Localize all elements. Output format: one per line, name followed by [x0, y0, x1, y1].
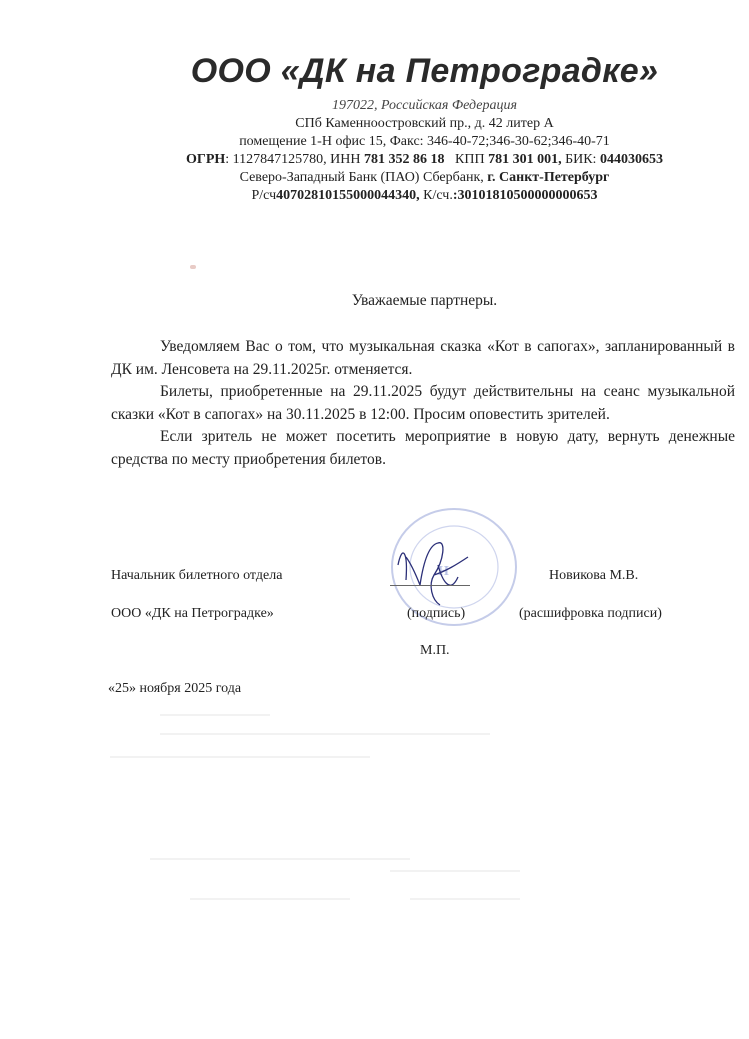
name-caption: (расшифровка подписи): [519, 606, 662, 622]
letter-body: Уведомляем Вас о том, что музыкальная ск…: [111, 336, 735, 471]
salutation: Уважаемые партнеры.: [0, 292, 749, 310]
account-label: Р/сч: [251, 188, 276, 203]
account-value: 40702810155000044340,: [276, 188, 423, 203]
ogrn-label: ОГРН: [186, 152, 225, 167]
letter-date: «25» ноября 2025 года: [108, 681, 241, 697]
scan-mark: [190, 265, 196, 269]
bleed-through: [160, 733, 490, 735]
address-line-1: СПб Каменноостровский пр., д. 42 литер А: [0, 115, 749, 133]
bleed-through: [110, 756, 370, 758]
registration-line: ОГРН: 1127847125780, ИНН 781 352 86 18 К…: [0, 151, 749, 169]
bank-line: Северо-Западный Банк (ПАО) Сбербанк, г. …: [0, 169, 749, 187]
signature-line: [390, 585, 470, 586]
bleed-through: [160, 714, 270, 716]
ogrn-value: : 1127847125780, ИНН: [225, 152, 364, 167]
address-line-2: помещение 1-Н офис 15, Факс: 346-40-72;3…: [0, 133, 749, 151]
corr-label: К/сч.: [423, 188, 453, 203]
bank-name: Северо-Западный Банк (ПАО) Сбербанк,: [240, 170, 488, 185]
bleed-through: [410, 898, 520, 900]
signer-position: Начальник билетного отдела: [111, 568, 282, 584]
postal-line: 197022, Российская Федерация: [0, 97, 749, 115]
bleed-through: [390, 870, 520, 872]
bleed-through: [150, 858, 410, 860]
kpp-value: 781 301 001,: [488, 152, 562, 167]
signer-organization: ООО «ДК на Петроградке»: [111, 606, 274, 622]
paragraph-cancellation: Уведомляем Вас о том, что музыкальная ск…: [111, 336, 735, 381]
corr-value: :30101810500000000653: [453, 188, 598, 203]
signature-caption: (подпись): [407, 606, 465, 622]
paragraph-refund: Если зритель не может посетить мероприят…: [111, 426, 735, 471]
bik-label: БИК:: [562, 152, 600, 167]
account-line: Р/сч40702810155000044340, К/сч.:30101810…: [0, 187, 749, 205]
bank-city: г. Санкт-Петербург: [487, 170, 609, 185]
company-title: ООО «ДК на Петроградке»: [0, 52, 749, 91]
seal-label: М.П.: [420, 643, 450, 659]
bleed-through: [190, 898, 350, 900]
inn-value: 781 352 86 18: [364, 152, 445, 167]
kpp-label: КПП: [445, 152, 489, 167]
paragraph-tickets-valid: Билеты, приобретенные на 29.11.2025 буду…: [111, 381, 735, 426]
letter-page: ООО «ДК на Петроградке» 197022, Российск…: [0, 0, 749, 1039]
signer-name: Новикова М.В.: [549, 568, 638, 584]
bik-value: 044030653: [600, 152, 663, 167]
